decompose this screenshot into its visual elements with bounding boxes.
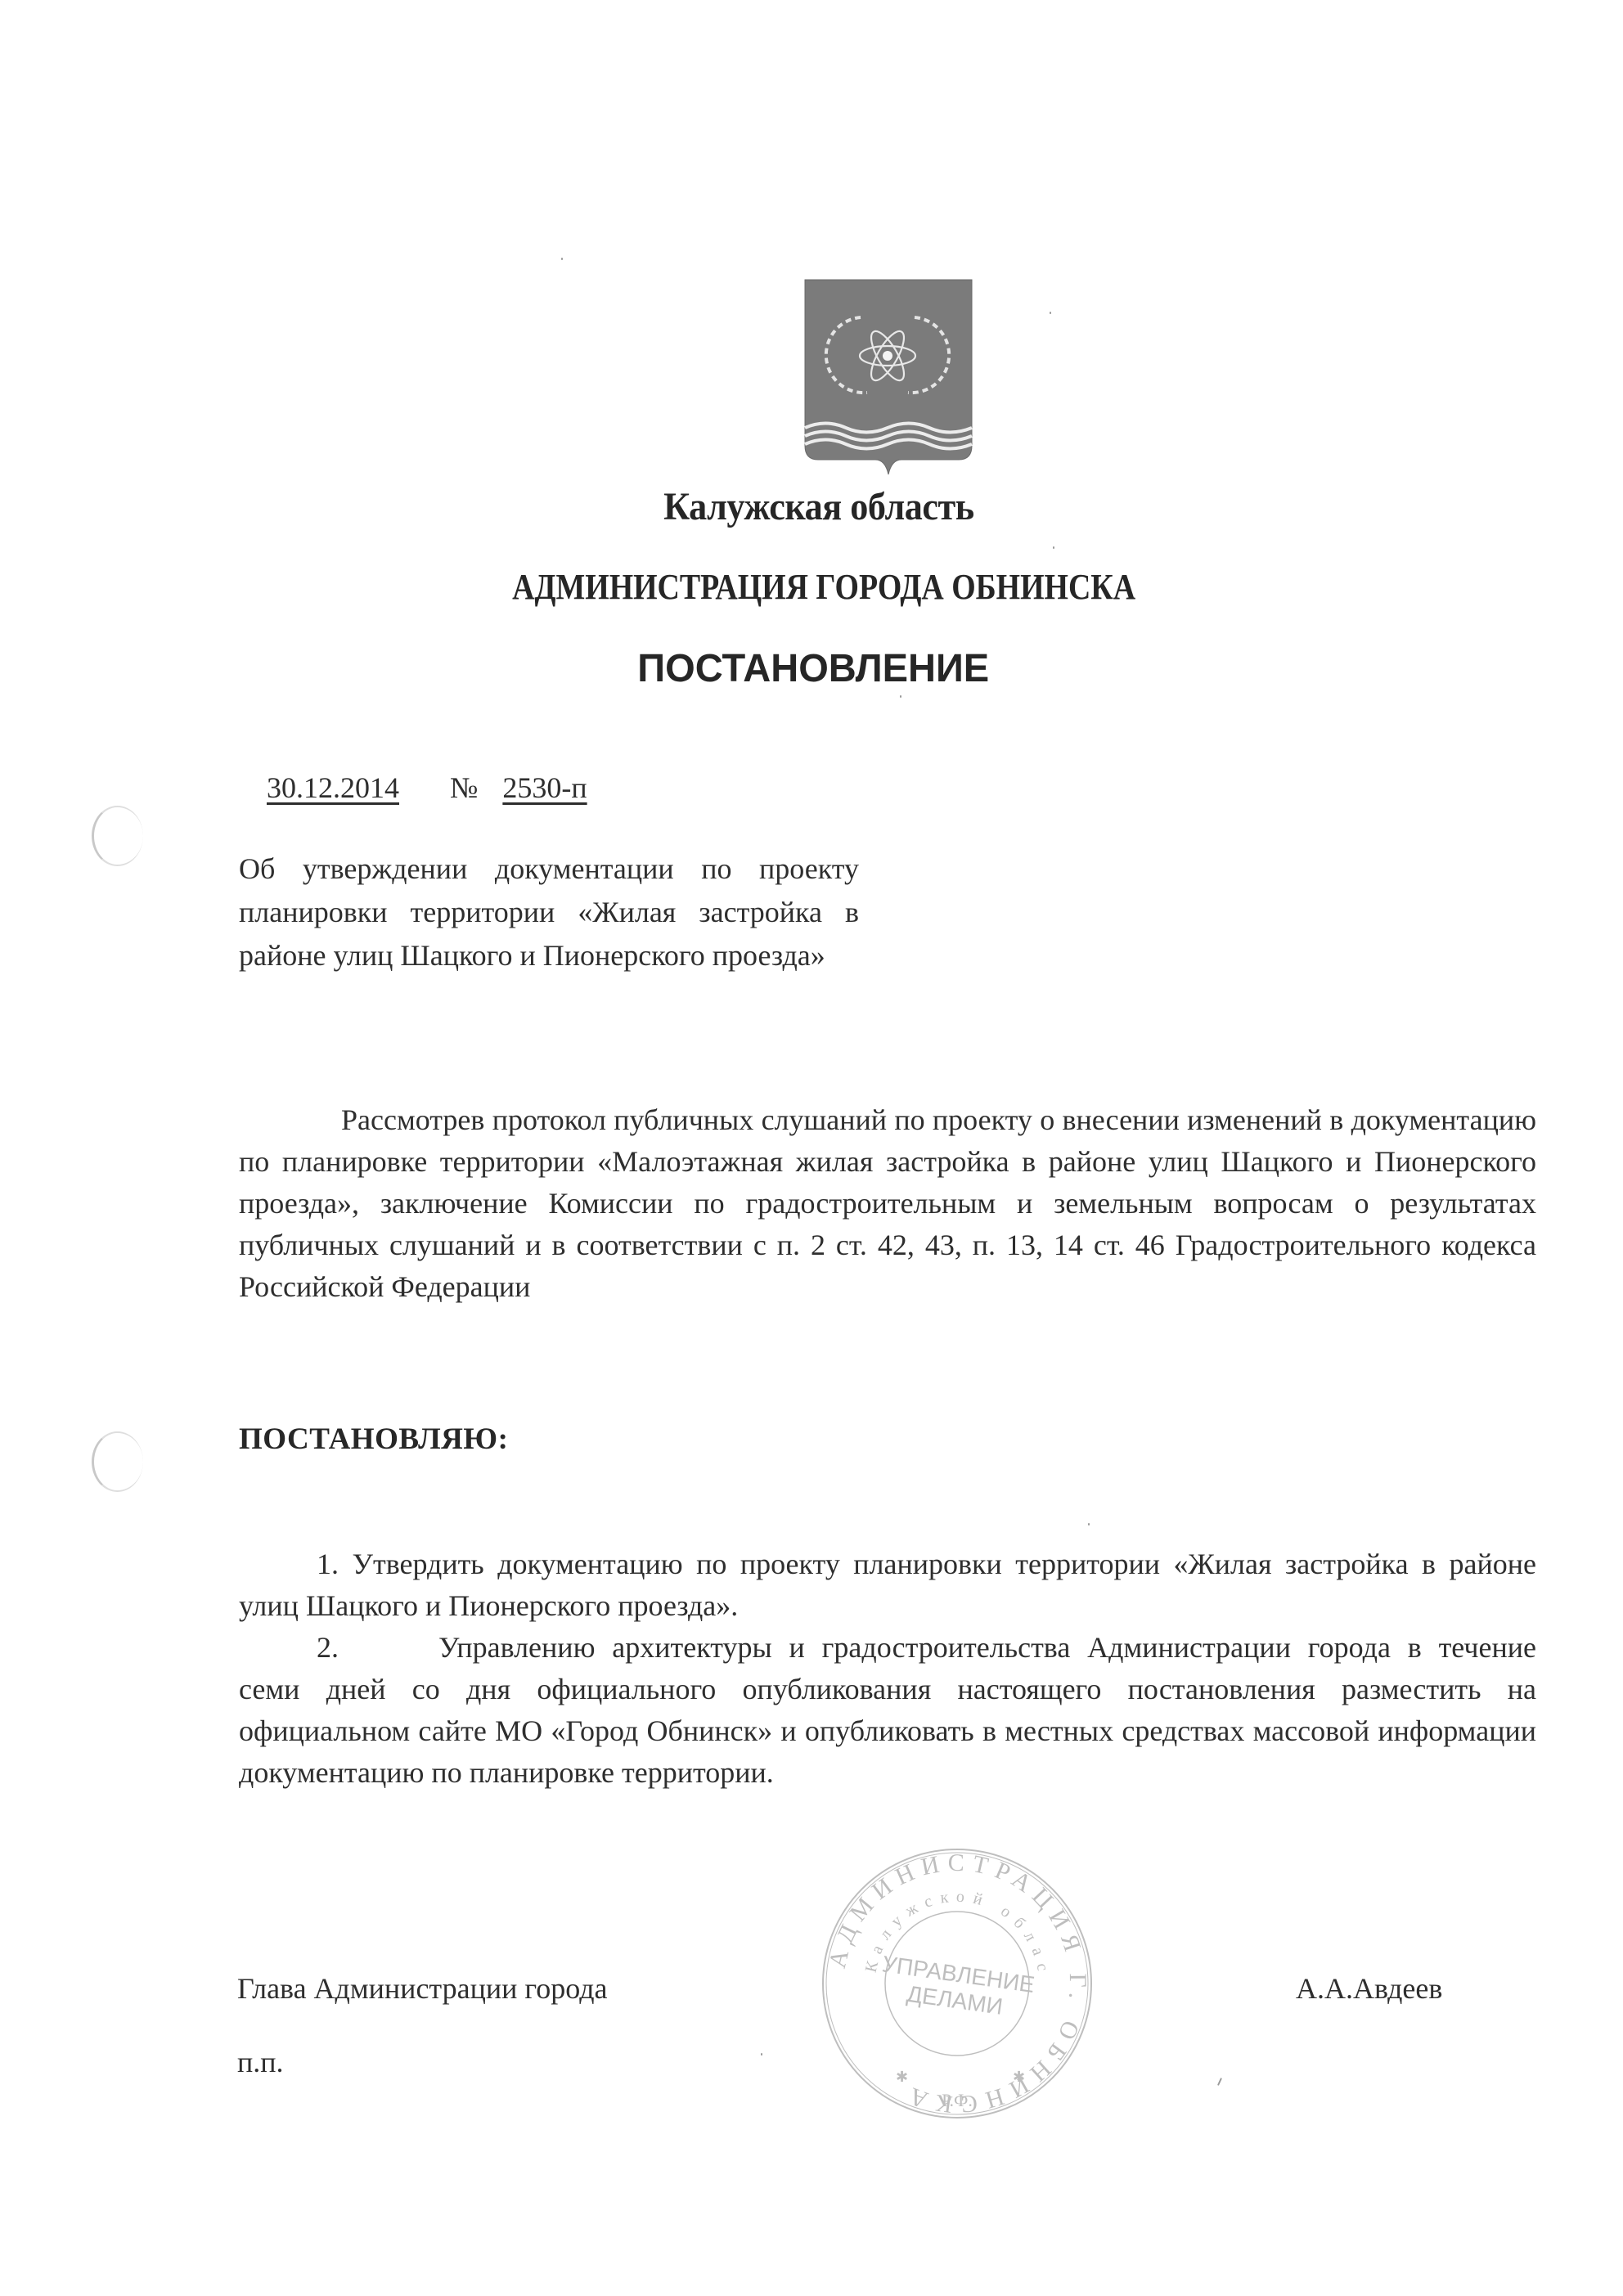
item-text: Управлению архитектуры и градостроительс…: [239, 1631, 1536, 1789]
date-number-line: 30.12.2014№2530-п: [247, 771, 587, 805]
document-type-heading: ПОСТАНОВЛЕНИЕ: [18, 646, 1608, 691]
document-subject: Об утверждении документации по проекту п…: [239, 847, 859, 977]
region-heading: Калужская область: [72, 484, 1565, 529]
stamp-star-icon: ✱: [1013, 2069, 1025, 2086]
item-text: Утвердить документацию по проекту планир…: [239, 1548, 1536, 1622]
item-number: 1.: [317, 1548, 339, 1580]
stamp-star-icon: ✱: [896, 2069, 908, 2086]
atom-shield-icon: [803, 278, 973, 479]
number-sign: №: [450, 771, 478, 804]
punch-hole-mark: [92, 806, 143, 866]
document-number: 2530-п: [502, 771, 587, 804]
signatory-title: Глава Администрации города: [237, 1971, 608, 2006]
item-number: 2.: [239, 1627, 402, 1669]
signatory-name: А.А.Авдеев: [1296, 1971, 1442, 2006]
resolution-item-1: 1. Утвердить документацию по проекту пла…: [239, 1543, 1536, 1627]
round-seal-icon: АДМИНИСТРАЦИЯ Г. ОБНИНСКА Калужской обла…: [818, 1844, 1096, 2123]
document-date: 30.12.2014: [267, 771, 399, 804]
signature-note: п.п.: [237, 2045, 284, 2079]
coat-of-arms-emblem: [803, 278, 973, 479]
preamble-paragraph: Рассмотрев протокол публичных слушаний п…: [239, 1099, 1536, 1308]
resolution-item-2: 2.Управлению архитектуры и градостроител…: [239, 1627, 1536, 1794]
resolve-heading: ПОСТАНОВЛЯЮ:: [239, 1422, 508, 1457]
stamp-bottom-text: Р.Ф.: [942, 2090, 973, 2110]
date-underline: 30.12.2014: [247, 771, 422, 804]
official-stamp: АДМИНИСТРАЦИЯ Г. ОБНИНСКА Калужской обла…: [818, 1844, 1096, 2123]
punch-hole-mark: [92, 1431, 143, 1492]
authority-heading: АДМИНИСТРАЦИЯ ГОРОДА ОБНИНСКА: [126, 566, 1522, 608]
